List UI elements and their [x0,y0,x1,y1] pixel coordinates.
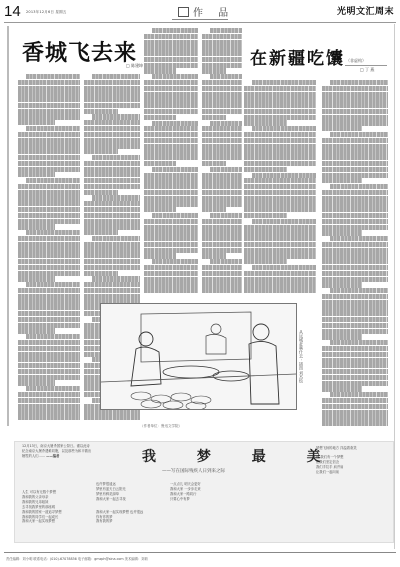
book-icon [178,7,189,17]
article2-genre: （非虚构） [346,58,366,64]
article1-title: 香城飞去来 [22,36,137,67]
poem-column-2: 也许梦很遥远 梦里有蓝天白云阳光 梦里有鲜花绿草 我和大家一起去寻找 我和大家一… [96,482,166,524]
article2-title: 在新疆吃馕 [250,44,345,69]
sketch-icon [101,304,296,409]
poem-subtitle: ——写在国际残疾人日到来之际 [162,468,225,474]
article2-column-2: (function(){var h='';for(var i=0;i<60;i+… [322,80,388,440]
dateline: 2013年12月6日 星期五 [26,10,67,15]
author-credit: （作者单位：鲁迅文学院） [140,424,182,429]
left-border [7,26,9,426]
section-underline [172,19,228,20]
section-label: 作 品 [193,8,234,19]
poem-line: 我和大家一起实现梦想 [22,519,92,524]
poem-title: 我 梦 最 美 [142,446,339,466]
article1-column-1: (function(){var h='';for(var i=0;i<60;i+… [18,74,80,434]
poem-line: 我有我的梦 [96,519,166,524]
footer-divider [4,552,396,553]
article1-column-3: (function(){var h='';for(var i=0;i<46;i+… [144,28,198,298]
page-number: 14 [4,3,21,20]
article2-byline: □ 丁 燕 [360,67,374,73]
poem-column-1: 人生 可以有无数个梦想 我和我的父亲母亲 我和我的兄弟姐妹 去寻找我梦里的那座城… [22,490,92,524]
right-border [394,24,395,549]
poem-line: 只要心中有梦 [170,497,230,502]
article2-column-0: (function(){var h='';for(var i=0;i<46;i+… [202,28,242,298]
section-title: 作 品 [178,4,234,19]
article1-byline: □ 陈建坤 [126,63,143,69]
poem-intro-signature: ——编者 [46,454,59,458]
illustration-market-scene [100,303,297,410]
article2-column-1: (function(){var h='';for(var i=0;i<37;i+… [244,80,316,300]
header-divider [4,22,396,23]
poem-right-block: 梦想飞扬的地方 洋溢着欢笑 啊 我们有一个梦想 让我们坚定信念 我们手拉手 肩并… [316,446,386,475]
genre-underline [345,65,387,66]
paper-name: 光明文汇周末 [337,4,394,17]
illustration-caption: 从远城赶喀什去 · 插图 刘杰绘 [298,330,304,440]
footer-editor-info: 责任编辑：刘小明 联系电话：(010)-67078836 电子邮箱：gmzph@… [6,556,148,561]
poem-column-3: 一点点儿 明天会更好 我和大家 一步步走来 我和大家一路同行 只要心中有梦 [170,482,230,502]
poem-line: 让我们一起向前 [316,470,386,475]
poem-intro: 12月13日，南京大屠杀国家公祭日。谨以此诗纪念南京大屠杀遇难同胞，以及那些为和… [22,444,92,459]
